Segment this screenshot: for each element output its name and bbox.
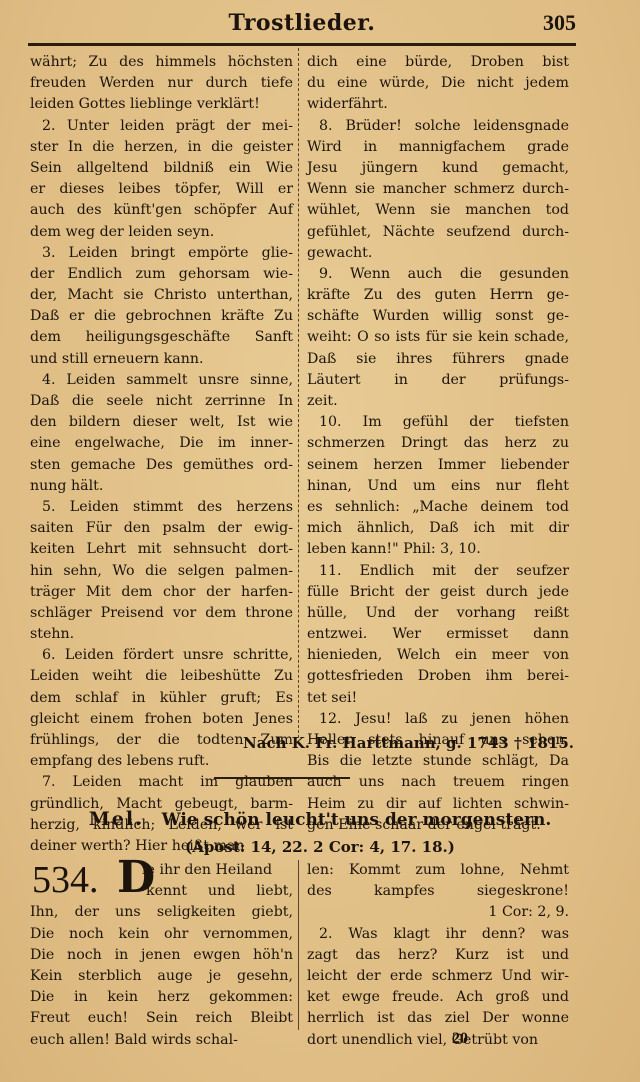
text-line: 2. Was klagt ihr denn? was xyxy=(307,924,569,945)
text-line: Bis die letzte stunde schlägt, Da xyxy=(307,751,569,772)
text-line: hienieden, Welch ein meer von xyxy=(307,645,569,666)
text-line: eine engelwache, Die im inner- xyxy=(30,433,293,454)
text-line: Sein allgeltend bildniß ein Wie xyxy=(30,158,293,179)
text-line: mich ähnlich, Daß ich mit dir xyxy=(307,518,569,539)
text-line: schläger Preisend vor dem throne xyxy=(30,603,293,624)
text-line: 10. Im gefühl der tiefsten xyxy=(307,412,569,433)
text-line: seinem herzen Immer liebender xyxy=(307,455,569,476)
text-line: träger Mit dem chor der harfen- xyxy=(30,582,293,603)
text-line: und still erneuern kann. xyxy=(30,349,293,370)
text-line: 5. Leiden stimmt des herzens xyxy=(30,497,293,518)
text-line: hin sehn, Wo die selgen palmen- xyxy=(30,561,293,582)
text-line: empfang des lebens ruft. xyxy=(30,751,293,772)
melody-name: Wie schön leucht't uns der morgenstern. xyxy=(162,810,552,830)
text-line: der, Macht sie Christo unterthan, xyxy=(30,285,293,306)
text-line: Freut euch! Sein reich Bleibt xyxy=(30,1008,293,1029)
text-line: dich eine bürde, Droben bist xyxy=(307,52,569,73)
text-line: 8. Brüder! solche leidensgnade xyxy=(307,116,569,137)
text-line: wühlet, Wenn sie manchen tod xyxy=(307,200,569,221)
text-line: keiten Lehrt mit sehnsucht dort- xyxy=(30,539,293,560)
text-line: Die in kein herz gekommen: xyxy=(30,987,293,1008)
section-title: Trostlieder. xyxy=(28,10,576,36)
text-line: leicht der erde schmerz Und wir- xyxy=(307,966,569,987)
text-line: Daß er die gebrochnen kräfte Zu xyxy=(30,306,293,327)
text-line: du eine würde, Die nicht jedem xyxy=(307,73,569,94)
text-line: auch des künft'gen schöpfer Auf xyxy=(30,200,293,221)
hymn-534-left-column: ie ihr den Heilandkennt und liebt,Ihn, d… xyxy=(30,860,293,1051)
text-line: nung hält. xyxy=(30,476,293,497)
text-line: kräfte Zu des guten Herrn ge- xyxy=(307,285,569,306)
column-divider xyxy=(298,860,299,1030)
text-line: ster In die herzen, in die geister xyxy=(30,137,293,158)
page-header: Trostlieder. 305 xyxy=(28,6,576,40)
text-line: der Endlich zum gehorsam wie- xyxy=(30,264,293,285)
text-line: Ihn, der uns seligkeiten giebt, xyxy=(30,902,293,923)
text-line: leiden Gottes lieblinge verklärt! xyxy=(30,94,293,115)
text-line: Kein sterblich auge je gesehn, xyxy=(30,966,293,987)
text-line: Jesu jüngern kund gemacht, xyxy=(307,158,569,179)
text-line: weiht: O so ists für sie kein schade, xyxy=(307,327,569,348)
text-line: saiten Für den psalm der ewig- xyxy=(30,518,293,539)
text-line: es sehnlich: „Mache deinem tod xyxy=(307,497,569,518)
hymn-attribution: Nach K. Fr. Harttmann, g. 1743 † 1815. xyxy=(243,734,574,752)
text-line: 12. Jesu! laß zu jenen höhen xyxy=(307,709,569,730)
text-line: 6. Leiden fördert unsre schritte, xyxy=(30,645,293,666)
text-line: schäfte Wurden willig sonst ge- xyxy=(307,306,569,327)
text-line: Leiden weiht die leibeshütte Zu xyxy=(30,666,293,687)
text-line: auch uns nach treuem ringen xyxy=(307,772,569,793)
text-line: zagt das herz? Kurz ist und xyxy=(307,945,569,966)
text-line: entzwei. Wer ermisset dann xyxy=(307,624,569,645)
header-rule xyxy=(28,43,576,46)
signature-mark: 20 xyxy=(452,1030,468,1048)
text-line: ie ihr den Heiland xyxy=(30,860,293,881)
text-line: Die noch kein ohr vernommen, xyxy=(30,924,293,945)
text-line: dem schlaf in kühler gruft; Es xyxy=(30,688,293,709)
text-line: 7. Leiden macht im glauben xyxy=(30,772,293,793)
text-line: des kampfes siegeskrone! xyxy=(307,881,569,902)
text-line: 2. Unter leiden prägt der mei- xyxy=(30,116,293,137)
text-line: tet sei! xyxy=(307,688,569,709)
text-line: freuden Werden nur durch tiefe xyxy=(30,73,293,94)
text-line: Wenn sie mancher schmerz durch- xyxy=(307,179,569,200)
text-line: währt; Zu des himmels höchsten xyxy=(30,52,293,73)
text-line: Daß die seele nicht zerrinne In xyxy=(30,391,293,412)
text-line: ket ewge freude. Ach groß und xyxy=(307,987,569,1008)
text-line: dem weg der leiden seyn. xyxy=(30,222,293,243)
text-line: herrlich ist das ziel Der wonne xyxy=(307,1008,569,1029)
text-line: den bildern dieser welt, Ist wie xyxy=(30,412,293,433)
text-line: dem heiligungsgeschäfte Sanft xyxy=(30,327,293,348)
melody-line: Mel. Wie schön leucht't uns der morgenst… xyxy=(0,808,640,830)
text-line: kennt und liebt, xyxy=(30,881,293,902)
text-line: schmerzen Dringt das herz zu xyxy=(307,433,569,454)
text-line: 4. Leiden sammelt unsre sinne, xyxy=(30,370,293,391)
text-line: stehn. xyxy=(30,624,293,645)
page-number: 305 xyxy=(543,10,576,36)
prev-hymn-right-column: dich eine bürde, Droben bistdu eine würd… xyxy=(307,52,569,836)
text-line: er dieses leibes töpfer, Will er xyxy=(30,179,293,200)
text-line: widerfährt. xyxy=(307,94,569,115)
text-line: euch allen! Bald wirds schal- xyxy=(30,1030,293,1051)
text-line: Daß sie ihres führers gnade xyxy=(307,349,569,370)
hymn-separator-rule xyxy=(214,777,350,779)
text-line: gottesfrieden Droben ihm berei- xyxy=(307,666,569,687)
text-line: Läutert in der prüfungs- xyxy=(307,370,569,391)
hymn-534-right-column: len: Kommt zum lohne, Nehmtdes kampfes s… xyxy=(307,860,569,1051)
text-line: hülle, Und der vorhang reißt xyxy=(307,603,569,624)
text-line: Die noch in jenen ewgen höh'n xyxy=(30,945,293,966)
text-line: len: Kommt zum lohne, Nehmt xyxy=(307,860,569,881)
text-line: gleicht einem frohen boten Jenes xyxy=(30,709,293,730)
text-line: 3. Leiden bringt empörte glie- xyxy=(30,243,293,264)
scripture-reference: (Apost: 14, 22. 2 Cor: 4, 17. 18.) xyxy=(0,838,640,856)
melody-label: Mel. xyxy=(89,808,144,830)
text-line: 1 Cor: 2, 9. xyxy=(307,902,569,923)
text-line: hinan, Und um eins nur fleht xyxy=(307,476,569,497)
text-line: sten gemache Des gemüthes ord- xyxy=(30,455,293,476)
text-line: Wird in mannigfachem grade xyxy=(307,137,569,158)
text-line: gewacht. xyxy=(307,243,569,264)
text-line: fülle Bricht der geist durch jede xyxy=(307,582,569,603)
text-line: zeit. xyxy=(307,391,569,412)
text-line: dort unendlich viel, Getrübt von xyxy=(307,1030,569,1051)
text-line: 9. Wenn auch die gesunden xyxy=(307,264,569,285)
column-divider xyxy=(298,48,299,738)
text-line: 11. Endlich mit der seufzer xyxy=(307,561,569,582)
text-line: leben kann!" Phil: 3, 10. xyxy=(307,539,569,560)
text-line: gefühlet, Nächte seufzend durch- xyxy=(307,222,569,243)
